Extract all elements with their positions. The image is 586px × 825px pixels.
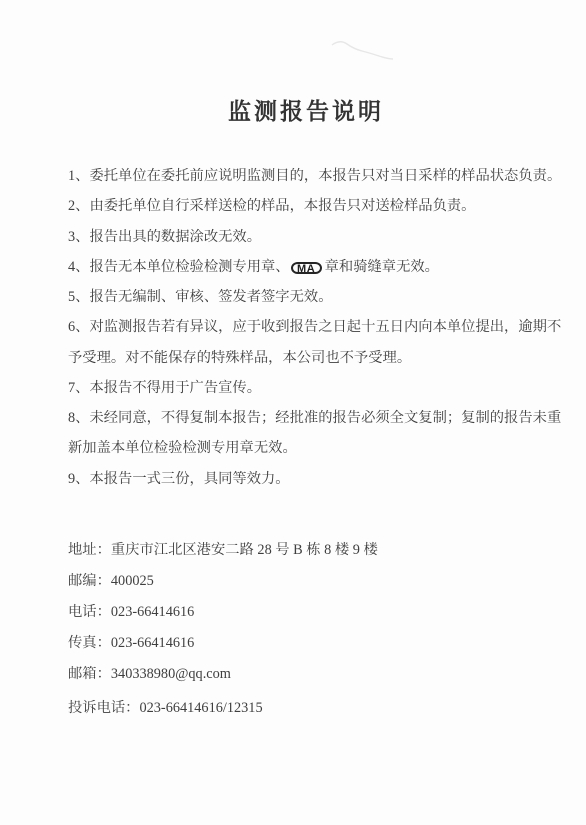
contact-email: 邮箱：340338980@qq.com (68, 659, 586, 690)
postcode-label: 邮编： (68, 573, 111, 589)
postcode-value: 400025 (111, 573, 154, 589)
note-item-9: 9、本报告一式三份，具同等效力。 (68, 464, 573, 494)
complaint-value: 023-66414616/12315 (139, 700, 262, 716)
page-title: 监测报告说明 (13, 96, 586, 128)
contact-complaint-phone: 投诉电话：023-66414616/12315 (68, 693, 586, 724)
note-item-8: 8、未经同意，不得复制本报告；经批准的报告必须全文复制；复制的报告未重新加盖本单… (68, 403, 573, 464)
contact-postcode: 邮编：400025 (68, 566, 586, 597)
note-item-6: 6、对监测报告若有异议，应于收到报告之日起十五日内向本单位提出，逾期不予受理。对… (68, 312, 573, 373)
note-item-3: 3、报告出具的数据涂改无效。 (68, 222, 573, 252)
contact-address: 地址：重庆市江北区港安二路 28 号 B 栋 8 楼 9 楼 (68, 535, 586, 566)
fax-label: 传真： (68, 635, 111, 651)
notes-list: 1、委托单位在委托前应说明监测目的，本报告只对当日采样的样品状态负责。 2、由委… (68, 161, 573, 494)
note-item-2: 2、由委托单位自行采样送检的样品，本报告只对送检样品负责。 (68, 191, 573, 221)
contact-info: 地址：重庆市江北区港安二路 28 号 B 栋 8 楼 9 楼 邮编：400025… (68, 535, 586, 724)
fax-value: 023-66414616 (111, 635, 194, 651)
report-notes-page: 监测报告说明 1、委托单位在委托前应说明监测目的，本报告只对当日采样的样品状态负… (0, 0, 586, 825)
phone-value: 023-66414616 (111, 604, 194, 620)
phone-label: 电话： (68, 604, 111, 620)
note-item-4-pre: 4、报告无本单位检验检测专用章、 (68, 259, 290, 275)
note-item-1: 1、委托单位在委托前应说明监测目的，本报告只对当日采样的样品状态负责。 (68, 161, 573, 191)
address-label: 地址： (68, 542, 111, 558)
cma-logo: MA (291, 262, 322, 274)
address-value: 重庆市江北区港安二路 28 号 B 栋 8 楼 9 楼 (111, 542, 378, 558)
scan-fold-artifact (328, 0, 478, 80)
note-item-4-post: 章和骑缝章无效。 (325, 259, 439, 275)
email-label: 邮箱： (68, 666, 111, 682)
note-item-5: 5、报告无编制、审核、签发者签字无效。 (68, 282, 573, 312)
note-item-4: 4、报告无本单位检验检测专用章、MA章和骑缝章无效。 (68, 252, 573, 282)
complaint-label: 投诉电话： (68, 700, 139, 716)
email-value: 340338980@qq.com (111, 666, 231, 682)
contact-fax: 传真：023-66414616 (68, 628, 586, 659)
contact-phone: 电话：023-66414616 (68, 597, 586, 628)
note-item-7: 7、本报告不得用于广告宣传。 (68, 373, 573, 403)
